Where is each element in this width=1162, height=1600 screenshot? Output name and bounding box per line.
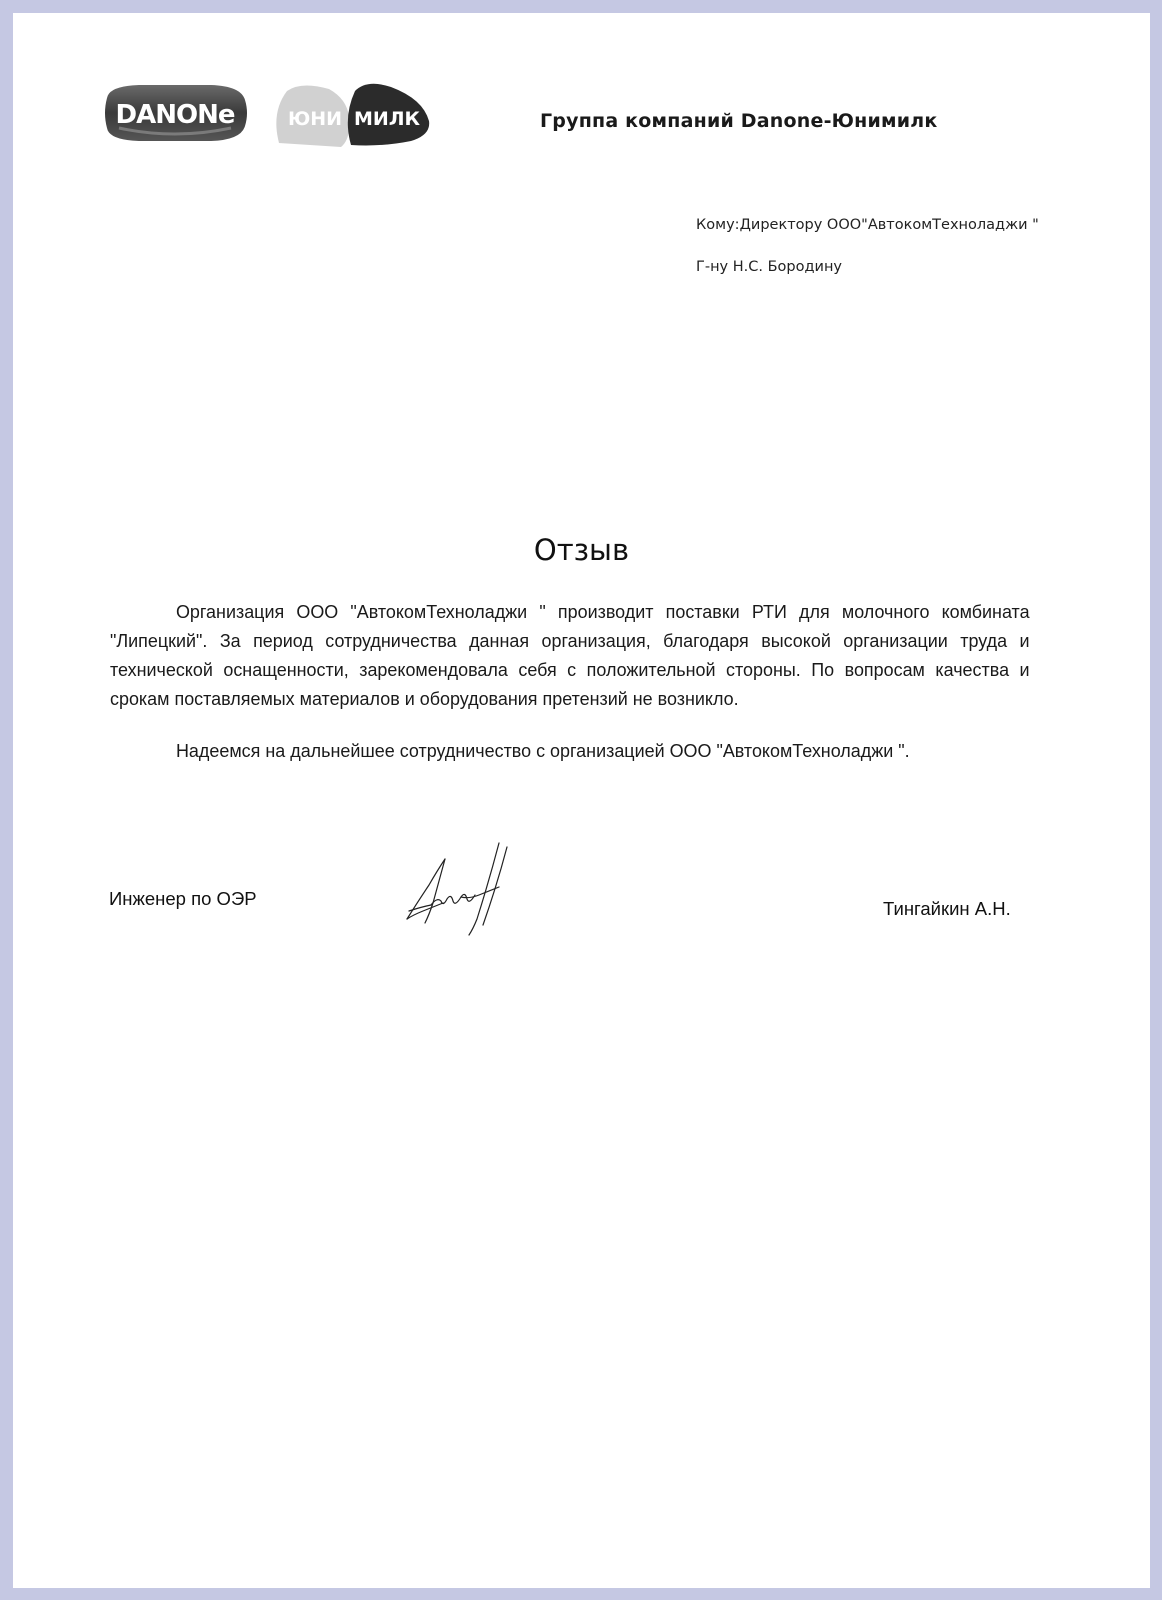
- company-group-heading: Группа компаний Danone-Юнимилк: [540, 110, 937, 132]
- addressee-to-line: Кому:Директору ООО"АвтокомТехноладжи ": [696, 217, 1039, 233]
- document-page: DANONe ЮНИ МИЛК Группа компаний Danone-Ю…: [13, 13, 1150, 1588]
- addressee-name-line: Г-ну Н.С. Бородину: [696, 259, 842, 275]
- signatory-position: Инженер по ОЭР: [109, 888, 257, 910]
- svg-text:МИЛК: МИЛК: [354, 108, 421, 130]
- unimilk-logo-icon: ЮНИ МИЛК: [271, 77, 435, 149]
- letter-body: Организация ООО "АвтокомТехноладжи " про…: [110, 597, 1030, 765]
- document-title: Отзыв: [13, 533, 1150, 567]
- svg-text:ЮНИ: ЮНИ: [288, 108, 342, 130]
- svg-text:DANONe: DANONe: [116, 100, 235, 130]
- body-paragraph-2: Надеемся на дальнейшее сотрудничество с …: [110, 736, 1030, 765]
- handwritten-signature-icon: [403, 841, 513, 936]
- signatory-name: Тингайкин А.Н.: [883, 898, 1011, 920]
- danone-logo-icon: DANONe: [99, 78, 251, 148]
- body-paragraph-1: Организация ООО "АвтокомТехноладжи " про…: [110, 597, 1030, 713]
